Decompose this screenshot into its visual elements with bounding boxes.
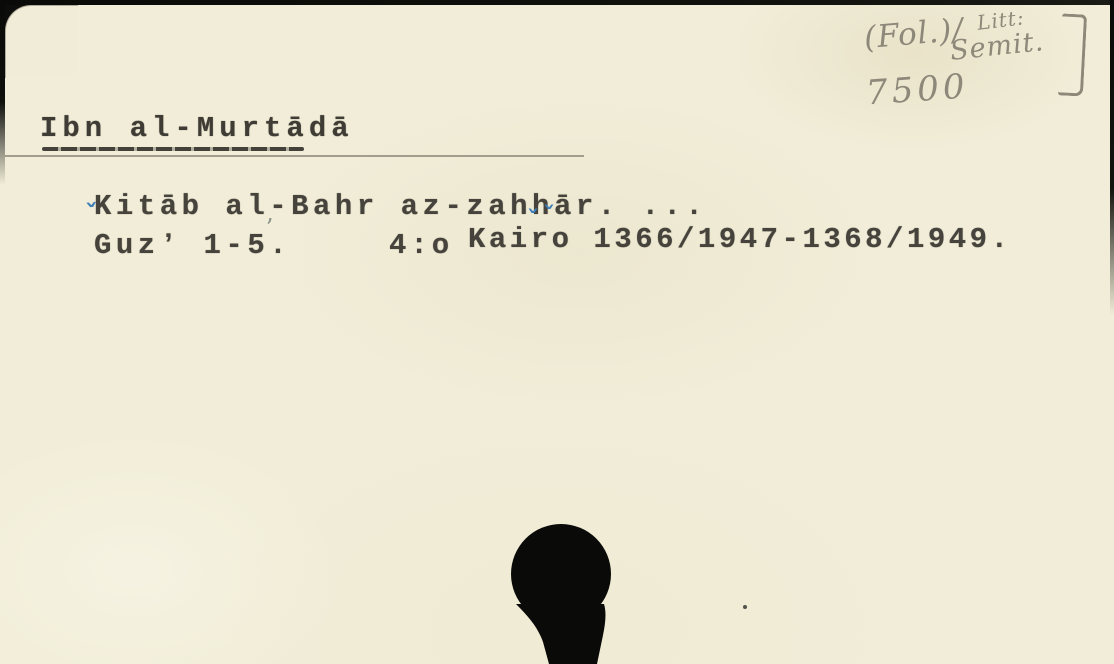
faint-tick-mark: ʼ bbox=[265, 214, 273, 242]
ruled-line bbox=[0, 155, 584, 157]
punch-hole-keyhole bbox=[478, 512, 648, 664]
scan-edge-top bbox=[0, 0, 1114, 5]
card-rounded-corner bbox=[5, 5, 78, 78]
scan-edge-left bbox=[0, 0, 5, 185]
blue-check-mark-icon: ˇ bbox=[543, 202, 555, 230]
dust-speck bbox=[743, 605, 747, 609]
volumes-statement: Guzʼ 1-5. bbox=[94, 229, 291, 262]
imprint-row: Guzʼ 1-5. 4:o Kairo 1366/1947-1368/1949. bbox=[0, 229, 1114, 269]
catalog-card-scan: Ibn al-Murtādā Kitāb al-Bahr az-zahhār. … bbox=[0, 0, 1114, 664]
format-statement: 4:o bbox=[389, 229, 453, 262]
blue-check-mark-icon: ˇ bbox=[527, 206, 539, 234]
title-line: Kitāb al-Bahr az-zahhār. ... bbox=[94, 190, 707, 223]
shelf-number: 7500 bbox=[865, 66, 970, 113]
typed-underscore bbox=[42, 147, 304, 151]
pencil-bracket bbox=[1058, 13, 1087, 96]
author-heading: Ibn al-Murtādā bbox=[40, 112, 354, 145]
